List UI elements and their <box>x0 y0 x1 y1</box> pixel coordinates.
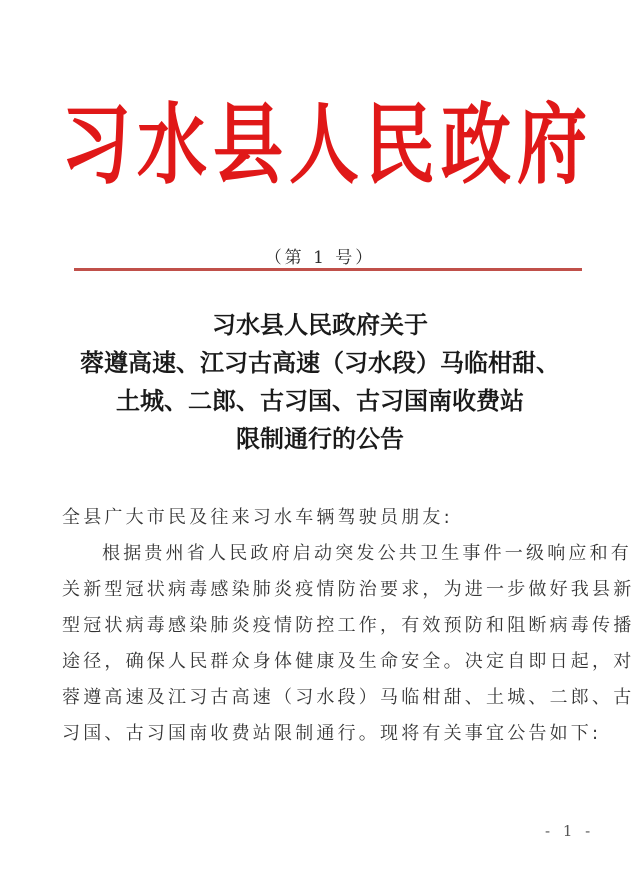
masthead-char: 县 <box>212 101 284 189</box>
masthead-char: 人 <box>288 101 360 189</box>
notice-body: 全县广大市民及往来习水车辆驾驶员朋友: 根据贵州省人民政府启动突发公共卫生事件一… <box>62 500 584 752</box>
page-number: - 1 - <box>545 822 594 840</box>
masthead-char: 府 <box>516 101 588 189</box>
body-line: 蓉遵高速及江习古高速（习水段）马临柑甜、土城、二郎、古 <box>62 680 584 716</box>
notice-title-line: 习水县人民政府关于 <box>40 306 600 344</box>
body-line: 根据贵州省人民政府启动突发公共卫生事件一级响应和有 <box>62 536 584 572</box>
salutation: 全县广大市民及往来习水车辆驾驶员朋友: <box>62 500 584 536</box>
body-line: 习国、古习国南收费站限制通行。现将有关事宜公告如下: <box>62 716 584 752</box>
notice-title-line: 限制通行的公告 <box>40 420 600 458</box>
masthead-char: 民 <box>364 101 436 189</box>
document-page: 习 水 县 人 民 政 府 （第 1 号） 习水县人民政府关于 蓉遵高速、江习古… <box>0 0 640 890</box>
red-divider-rule <box>74 268 582 271</box>
document-number: （第 1 号） <box>0 243 640 268</box>
body-line: 型冠状病毒感染肺炎疫情防控工作，有效预防和阻断病毒传播 <box>62 608 584 644</box>
body-line: 关新型冠状病毒感染肺炎疫情防治要求，为进一步做好我县新 <box>62 572 584 608</box>
body-line: 途径，确保人民群众身体健康及生命安全。决定自即日起，对 <box>62 644 584 680</box>
masthead-char: 水 <box>136 101 208 189</box>
notice-title: 习水县人民政府关于 蓉遵高速、江习古高速（习水段）马临柑甜、 土城、二郎、古习国… <box>40 306 600 458</box>
notice-title-line: 土城、二郎、古习国、古习国南收费站 <box>40 382 600 420</box>
masthead-title: 习 水 县 人 民 政 府 <box>60 80 588 210</box>
masthead-char: 政 <box>440 101 512 189</box>
masthead-char: 习 <box>60 101 132 189</box>
notice-title-line: 蓉遵高速、江习古高速（习水段）马临柑甜、 <box>40 344 600 382</box>
